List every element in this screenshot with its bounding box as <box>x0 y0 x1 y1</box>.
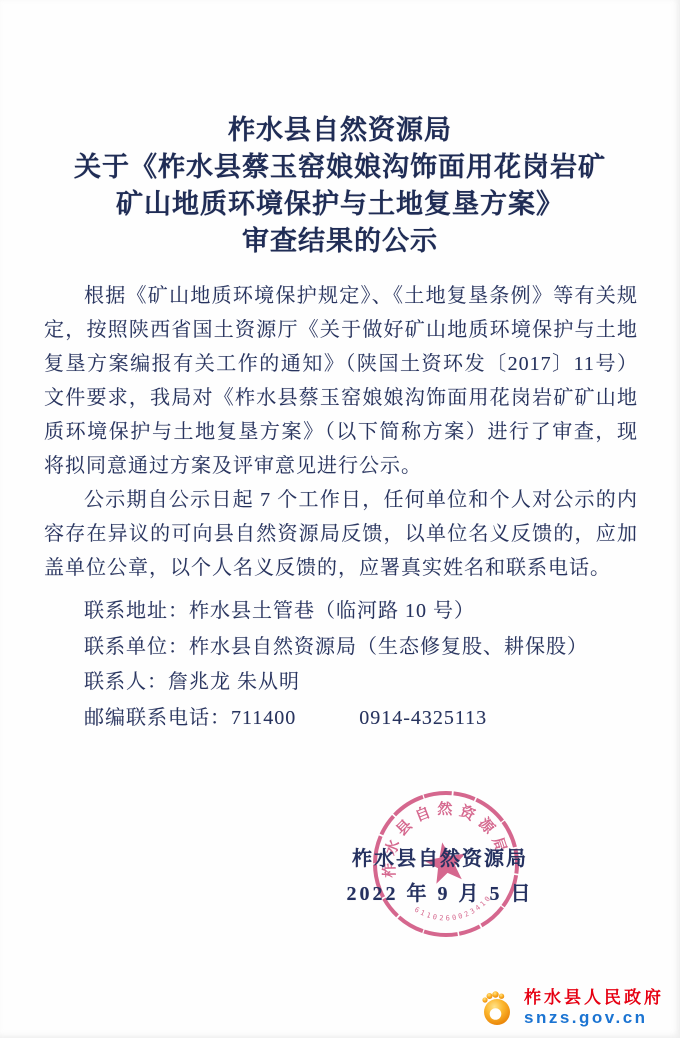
contact-postcode-phone: 邮编联系电话：711400 0914-4325113 <box>44 701 638 737</box>
document-body: 根据《矿山地质环境保护规定》、《土地复垦条例》等有关规定，按照陕西省国土资源厅《… <box>44 279 638 736</box>
scanned-notice-document: 柞水县自然资源局 关于《柞水县蔡玉窑娘娘沟饰面用花岗岩矿 矿山地质环境保护与土地… <box>0 0 680 1038</box>
title-line-type: 审查结果的公示 <box>0 223 680 260</box>
signature-date: 2022 年 9 月 5 日 <box>330 877 550 906</box>
gov-name-label: 柞水县人民政府 <box>524 988 664 1008</box>
contact-address: 联系地址：柞水县土管巷（临河路 10 号） <box>44 594 638 630</box>
footprint-logo-icon <box>477 988 515 1028</box>
paragraph-basis: 根据《矿山地质环境保护规定》、《土地复垦条例》等有关规定，按照陕西省国土资源厅《… <box>44 279 638 483</box>
title-line-subject-2: 矿山地质环境保护与土地复垦方案》 <box>0 186 680 223</box>
contact-person: 联系人：詹兆龙 朱从明 <box>44 665 638 701</box>
title-line-org: 柞水县自然资源局 <box>0 112 680 149</box>
gov-url-label: snzs.gov.cn <box>524 1008 664 1028</box>
gov-site-watermark: 柞水县人民政府 snzs.gov.cn <box>477 988 664 1028</box>
paragraph-publicity-period: 公示期自公示日起 7 个工作日，任何单位和个人对公示的内容存在异议的可向县自然资… <box>44 483 638 585</box>
contact-info: 联系地址：柞水县土管巷（临河路 10 号） 联系单位：柞水县自然资源局（生态修复… <box>44 594 638 736</box>
title-line-subject-1: 关于《柞水县蔡玉窑娘娘沟饰面用花岗岩矿 <box>0 149 680 186</box>
contact-unit: 联系单位：柞水县自然资源局（生态修复股、耕保股） <box>44 630 638 666</box>
signature-block: 柞水县自然资源局 6110260023410 柞水县自然资源局 2022 年 9… <box>330 780 560 950</box>
signature-org: 柞水县自然资源局 <box>330 842 550 871</box>
document-title: 柞水县自然资源局 关于《柞水县蔡玉窑娘娘沟饰面用花岗岩矿 矿山地质环境保护与土地… <box>0 112 680 260</box>
